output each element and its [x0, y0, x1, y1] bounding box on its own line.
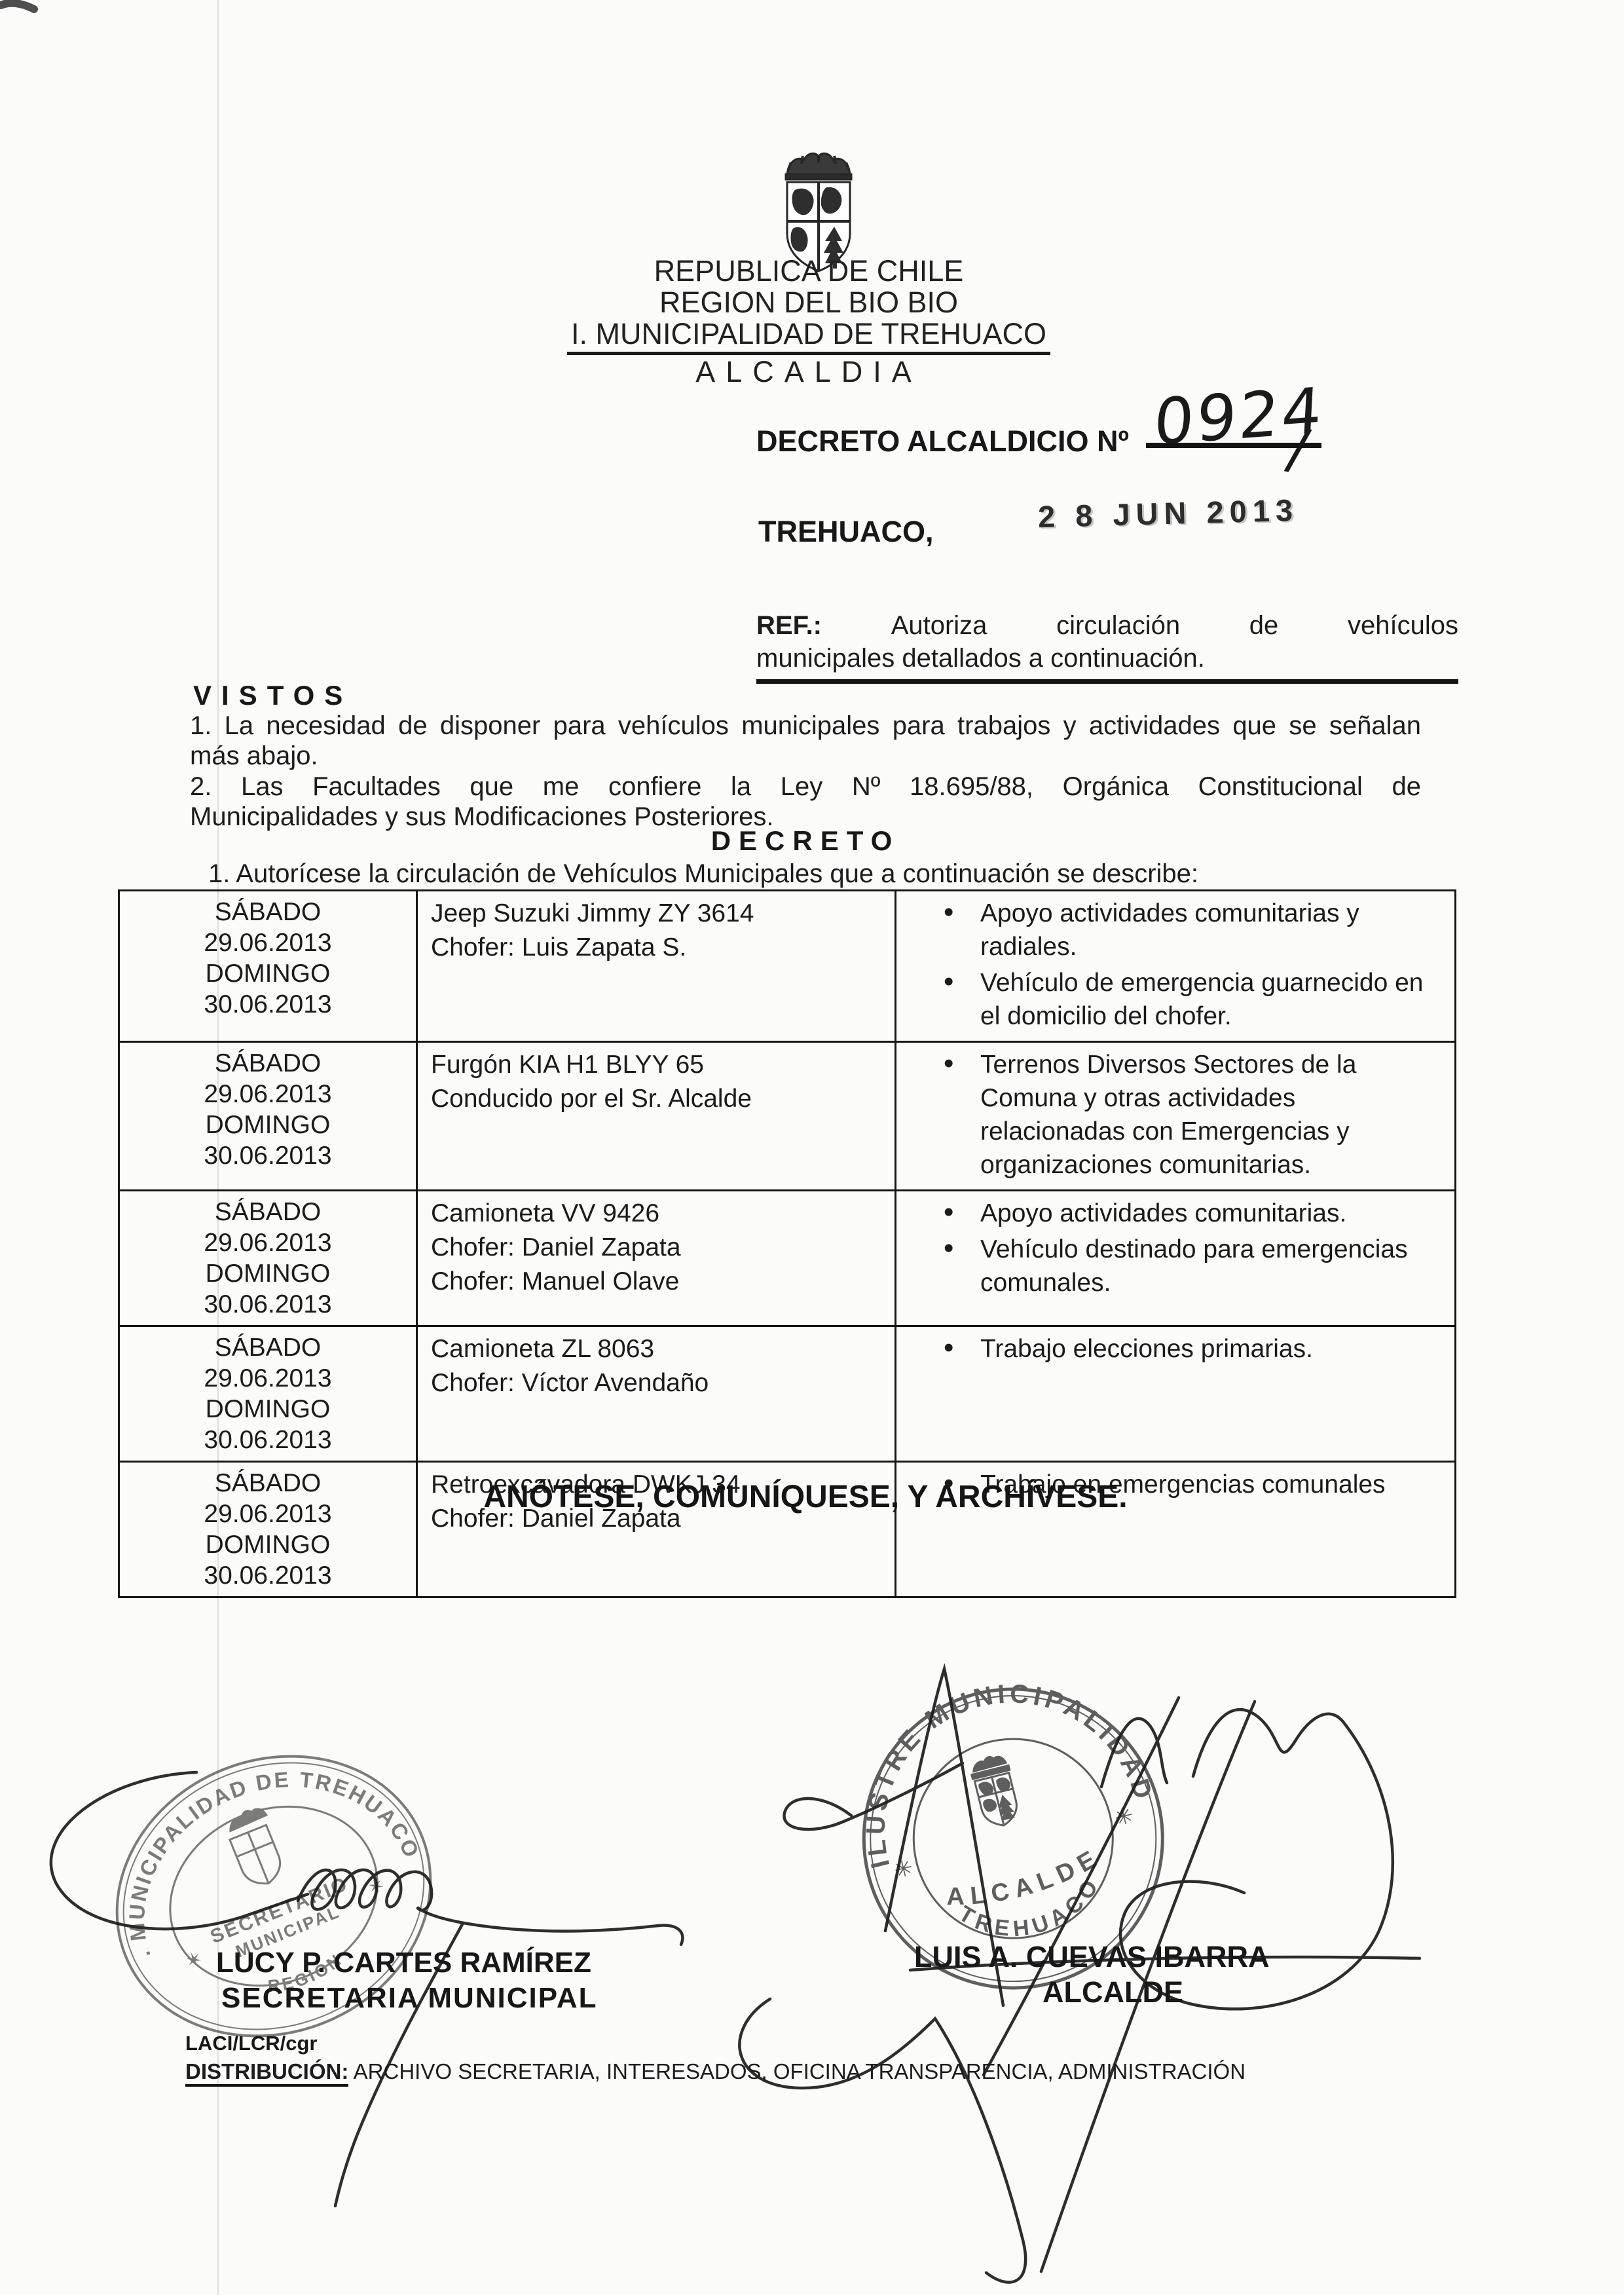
- vistos-item2-line1: 2. Las Facultades que me confiere la Ley…: [190, 772, 1421, 802]
- footer-initials: LACI/LCR/cgr: [185, 2032, 318, 2055]
- decree-number-underline: [1146, 443, 1321, 448]
- decreto-heading: DECRETO: [393, 825, 1218, 857]
- cell-dates: SÁBADO29.06.2013 DOMINGO30.06.2013: [119, 1042, 417, 1191]
- vistos-item1-line2: más abajo.: [190, 741, 1421, 771]
- mayor-title: ALCALDE: [1043, 1975, 1183, 2009]
- stamp-inner-text: SECRETARIO: [208, 1873, 352, 1948]
- stamp-star-icon: ✶: [365, 1874, 388, 1900]
- stamp-star-icon: ✳: [1112, 1802, 1136, 1831]
- svg-text:ALCALDE: ALCALDE: [940, 1841, 1110, 1921]
- cell-dates: SÁBADO29.06.2013 DOMINGO30.06.2013: [119, 1326, 417, 1462]
- header-office: ALCALDIA: [458, 356, 1159, 388]
- cell-purpose: Apoyo actividades comunitarias. Vehículo…: [896, 1191, 1456, 1326]
- date-stamp: 2 8 JUN 2013: [1037, 492, 1299, 534]
- scanned-decree-page: REPUBLICA DE CHILE REGION DEL BIO BIO I.…: [0, 0, 1624, 2295]
- scan-corner-artifact: [0, 0, 59, 26]
- closing-order: ANÓTESE, COMUNÍQUESE, Y ARCHÍVESE.: [380, 1479, 1231, 1515]
- svg-text:ILUSTRE MUNICIPALIDAD: ILUSTRE MUNICIPALIDAD: [830, 1647, 1159, 1871]
- cell-purpose: Apoyo actividades comunitarias y radiale…: [896, 891, 1456, 1042]
- cell-vehicle: Camioneta VV 9426Chofer: Daniel Zapata C…: [417, 1191, 896, 1326]
- reference-line2: municipales detallados a continuación.: [756, 644, 1458, 673]
- cell-vehicle: Jeep Suzuki Jimmy ZY 3614Chofer: Luis Za…: [417, 891, 896, 1042]
- secretary-name: LUCY P. CARTES RAMÍREZ: [216, 1947, 591, 1979]
- cell-vehicle: Camioneta ZL 8063Chofer: Víctor Avendaño: [417, 1326, 896, 1462]
- stamp-ring-text: I. MUNICIPALIDAD DE TREHUACO: [58, 1690, 425, 1977]
- cell-purpose: Trabajo elecciones primarias.: [896, 1326, 1456, 1462]
- table-row: SÁBADO29.06.2013 DOMINGO30.06.2013 Furgó…: [119, 1042, 1456, 1191]
- header-region: REGION DEL BIO BIO: [458, 287, 1159, 318]
- cell-dates: SÁBADO29.06.2013 DOMINGO30.06.2013: [119, 1191, 417, 1326]
- reference-word: circulación: [1056, 611, 1180, 640]
- vistos-heading: VISTOS: [193, 680, 352, 711]
- mayor-name: LUIS A. CUEVAS IBARRA: [914, 1940, 1270, 1974]
- reference-word: vehículos: [1348, 611, 1458, 640]
- table-row: SÁBADO29.06.2013 DOMINGO30.06.2013 Camio…: [119, 1191, 1456, 1326]
- cell-dates: SÁBADO29.06.2013 DOMINGO30.06.2013: [119, 1462, 417, 1597]
- distribution-label: DISTRIBUCIÓN:: [185, 2059, 348, 2087]
- document-header: REPUBLICA DE CHILE REGION DEL BIO BIO I.…: [458, 255, 1159, 388]
- distribution-line: DISTRIBUCIÓN: ARCHIVO SECRETARIA, INTERE…: [185, 2059, 1246, 2084]
- cell-vehicle: Furgón KIA H1 BLYY 65Conducido por el Sr…: [417, 1042, 896, 1191]
- secretary-title: SECRETARIA MUNICIPAL: [221, 1982, 598, 2015]
- reference-word: de: [1249, 611, 1279, 640]
- header-municipality: I. MUNICIPALIDAD DE TREHUACO: [567, 318, 1050, 355]
- table-row: SÁBADO29.06.2013 DOMINGO30.06.2013 Jeep …: [119, 891, 1456, 1042]
- stamp-star-icon: ✳: [891, 1855, 915, 1884]
- cell-purpose: Terrenos Diversos Sectores de la Comuna …: [896, 1042, 1456, 1191]
- reference-label: REF.:: [756, 611, 822, 640]
- reference-block: REF.: Autoriza circulación de vehículos …: [756, 611, 1458, 684]
- header-country: REPUBLICA DE CHILE: [458, 255, 1159, 287]
- table-row: SÁBADO29.06.2013 DOMINGO30.06.2013 Camio…: [119, 1326, 1456, 1462]
- reference-word: Autoriza: [891, 611, 987, 640]
- svg-text:I. MUNICIPALIDAD DE TREHUACO: I. MUNICIPALIDAD DE TREHUACO: [58, 1690, 425, 1977]
- stamp-inner-text: ALCALDE: [940, 1841, 1110, 1921]
- reference-line1: REF.: Autoriza circulación de vehículos: [756, 611, 1458, 640]
- stamp-ring-text: ILUSTRE MUNICIPALIDAD: [830, 1647, 1159, 1871]
- distribution-text: ARCHIVO SECRETARIA, INTERESADOS, OFICINA…: [348, 2059, 1246, 2083]
- decreto-intro: 1. Autorícese la circulación de Vehículo…: [208, 859, 1198, 889]
- vistos-item1-line1: 1. La necesidad de disponer para vehícul…: [190, 711, 1421, 741]
- decree-title-label: DECRETO ALCALDICIO Nº: [756, 424, 1129, 458]
- cell-dates: SÁBADO29.06.2013 DOMINGO30.06.2013: [119, 891, 417, 1042]
- place-label: TREHUACO,: [758, 515, 934, 549]
- stamp-star-icon: ✶: [183, 1947, 206, 1973]
